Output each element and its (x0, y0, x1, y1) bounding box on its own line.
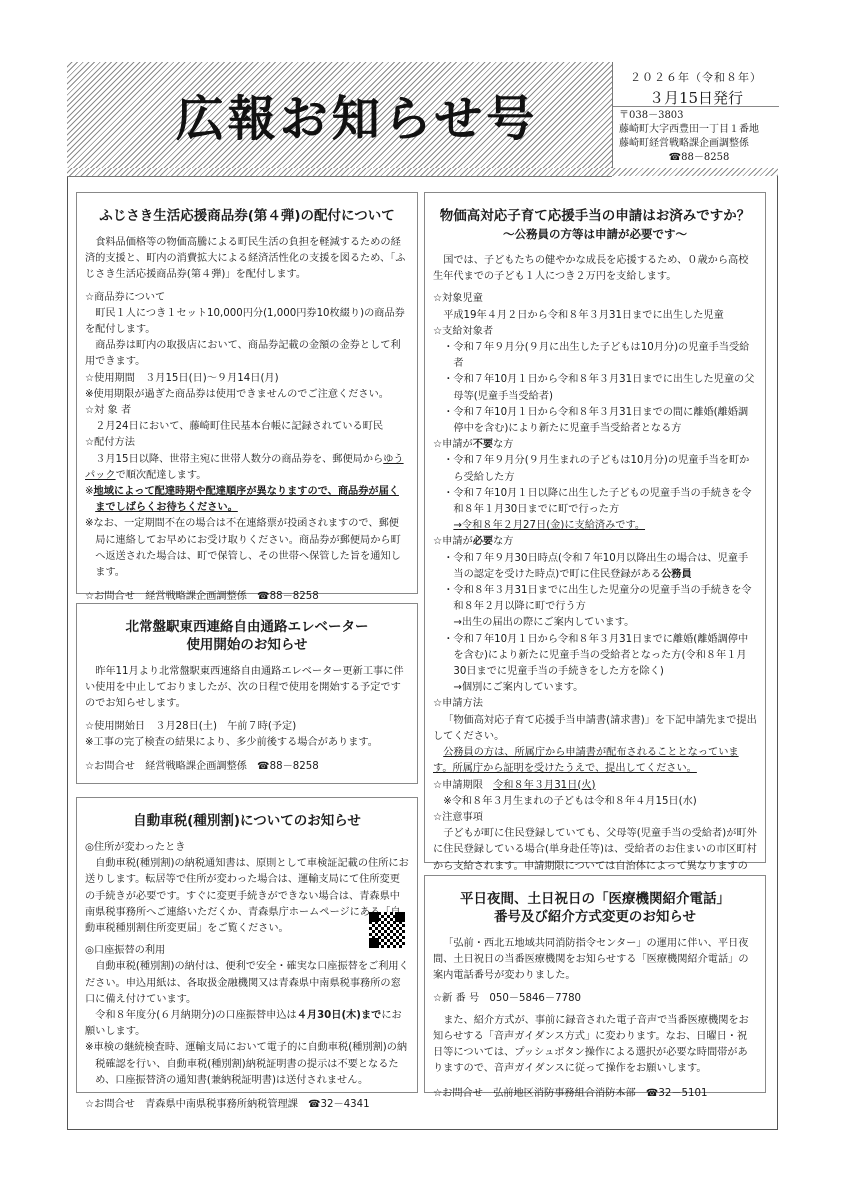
section-heading: ☆新 番 号 050－5846－7780 (433, 991, 757, 1007)
contact-line: ☆お問合せ 経営戦略課企画調整係 ☎88－8258 (85, 759, 409, 775)
article-voucher: ふじさき生活応援商品券(第４弾)の配付について 食料品価格等の物価高騰による町民… (76, 192, 418, 594)
phone-icon: ☎ (257, 591, 269, 602)
postal-code: 〒038－3803 (619, 109, 779, 123)
contact-line: ☆お問合せ 弘前地区消防事務組合消防本部 ☎32－5101 (433, 1086, 757, 1102)
publisher-address: 〒038－3803 藤崎町大字西豊田一丁目１番地 藤崎町経営戦略課企画調整係 ☎… (613, 107, 779, 165)
publisher-phone: ☎88－8258 (619, 151, 779, 165)
address: 藤崎町大字西豊田一丁目１番地 (619, 123, 779, 137)
list-item: ・令和７年９月分(９月生まれの子どもは10月分)の児童手当を町から受給した方 (433, 453, 757, 485)
newsletter-title: 広報お知らせ号 (167, 80, 547, 149)
qr-code-icon[interactable] (369, 912, 405, 948)
section-heading: ☆申請が不要な方 (433, 437, 757, 453)
section-heading: ◎住所が変わったとき (85, 840, 409, 856)
article-title: 自動車税(種別割)についてのお知らせ (85, 812, 409, 830)
article-child-support: 物価高対応子育て応援手当の申請はお済みですか？～公務員の方等は申請が必要です～ … (424, 192, 766, 863)
issue-info: ２０２６年（令和８年） ３月15日発行 〒038－3803 藤崎町大字西豊田一丁… (612, 62, 779, 168)
section-heading: ☆使用期間 ３月15日(日)～９月14日(月) (85, 371, 409, 387)
section-heading: ☆申請期限 令和８年３月31日(火) (433, 778, 757, 794)
section-heading: ☆申請が必要な方 (433, 534, 757, 550)
department: 藤崎町経営戦略課企画調整係 (619, 137, 779, 151)
masthead-hatch-strip (67, 168, 778, 176)
phone-icon: ☎ (257, 761, 269, 772)
list-item: ・令和７年10月１日から令和８年３月31日までの間に離婚(離婚調停中を含む)によ… (433, 405, 757, 437)
list-item: ・令和７年10月１日から令和８年３月31日までに離婚(離婚調停中を含む)により新… (433, 632, 757, 681)
article-elevator: 北常盤駅東西連絡自由通路エレベーター使用開始のお知らせ 昨年11月より北常盤駅東… (76, 603, 418, 784)
section-heading: ☆申請方法 (433, 696, 757, 712)
phone-icon: ☎ (308, 1099, 320, 1110)
list-item: ・令和７年10月１日から令和８年３月31日までに出生した児童の父母等(児童手当受… (433, 372, 757, 404)
article-subtitle: ～公務員の方等は申請が必要です～ (433, 225, 757, 243)
list-item: ・令和７年10月１日以降に出生した子どもの児童手当の手続きを令和８年１月30日ま… (433, 486, 757, 518)
contact-line: ☆お問合せ 青森県中南県税事務所納税管理課 ☎32－4341 (85, 1097, 409, 1113)
issue-date-block: ２０２６年（令和８年） ３月15日発行 (613, 62, 779, 107)
section-heading: ◎口座振替の利用 (85, 943, 409, 959)
section-heading: ☆使用開始日 ３月28日(土) 午前７時(予定) (85, 719, 409, 735)
list-item: ・令和７年９月分(９月に出生した子どもは10月分)の児童手当受給者 (433, 340, 757, 372)
phone-icon: ☎ (646, 1088, 658, 1099)
article-title: 北常盤駅東西連絡自由通路エレベーター使用開始のお知らせ (85, 618, 409, 654)
article-title: 平日夜間、土日祝日の「医療機関紹介電話」番号及び紹介方式変更のお知らせ (433, 890, 757, 926)
section-heading: ☆注意事項 (433, 810, 757, 826)
article-title: 物価高対応子育て応援手当の申請はお済みですか？～公務員の方等は申請が必要です～ (433, 207, 757, 243)
article-car-tax: 自動車税(種別割)についてのお知らせ ◎住所が変わったとき 自動車税(種別割)の… (76, 797, 418, 1093)
section-heading: ☆商品券について (85, 290, 409, 306)
list-item: ・令和７年９月30日時点(令和７年10月以降出生の場合は、児童手当の認定を受けた… (433, 551, 757, 583)
issue-year: ２０２６年（令和８年） (613, 62, 779, 85)
section-heading: ☆支給対象者 (433, 324, 757, 340)
article-medical-phone: 平日夜間、土日祝日の「医療機関紹介電話」番号及び紹介方式変更のお知らせ 「弘前・… (424, 875, 766, 1093)
list-item: ・令和８年３月31日までに出生した児童分の児童手当の手続きを令和８年２月以降に町… (433, 583, 757, 615)
article-title: ふじさき生活応援商品券(第４弾)の配付について (85, 207, 409, 225)
section-heading: ☆対 象 者 (85, 403, 409, 419)
masthead: 広報お知らせ号 ２０２６年（令和８年） ３月15日発行 〒038－3803 藤崎… (67, 62, 778, 176)
section-heading: ☆配付方法 (85, 435, 409, 451)
phone-icon: ☎ (669, 152, 681, 163)
issue-date: ３月15日発行 (613, 87, 779, 108)
section-heading: ☆対象児童 (433, 291, 757, 307)
